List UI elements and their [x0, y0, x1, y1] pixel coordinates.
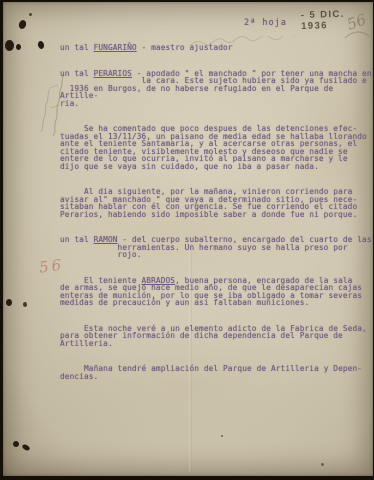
entry-text: Mañana tendré ampliación del Parque de A… — [60, 364, 362, 381]
punch-hole — [21, 443, 30, 451]
ink-blot — [29, 13, 32, 16]
entry-ramon: un tal RAMON - del cuerpo subalterno, en… — [60, 236, 374, 259]
entry-text: Esta noche veré a un elemento adicto de … — [60, 324, 367, 348]
paper-sheet: 2ª hoja - 5 DIC. 1936 56 56 un tal FUNGA… — [3, 2, 373, 476]
paper-speck — [321, 463, 324, 466]
sheet-number-label: 2ª hoja — [244, 18, 287, 28]
punch-hole — [13, 441, 19, 447]
paragraph-tonight: Esta noche veré a un elemento adicto de … — [60, 325, 374, 348]
entry-text: Se ha comentado que poco despues de las … — [60, 124, 367, 171]
entry-name: FUNGARIÑO — [94, 43, 137, 52]
entry-text: - maestro ajustador — [137, 43, 233, 52]
ink-blot — [18, 19, 28, 30]
punch-hole — [23, 302, 27, 307]
paragraph-next-day: Al dia siguiente, por la mañana, viniero… — [60, 188, 374, 218]
paragraph-comment: Se ha comentado que poco despues de las … — [60, 125, 374, 170]
typed-text-body: un tal FUNGARIÑO - maestro ajustador un … — [60, 29, 374, 398]
entry-prefix: un tal — [60, 43, 94, 52]
entry-fungarino: un tal FUNGARIÑO - maestro ajustador — [60, 44, 374, 52]
paper-speck — [221, 435, 223, 437]
paragraph-tomorrow: Mañana tendré ampliación del Parque de A… — [60, 365, 374, 380]
entry-abrados: El teniente ABRADOS, buena persona, enca… — [60, 277, 374, 307]
ink-blot — [16, 44, 21, 50]
entry-perarios: un tal PERARIOS - apodado " el manchado … — [60, 70, 374, 108]
punch-hole — [6, 299, 12, 306]
entry-text: Al dia siguiente, por la mañana, viniero… — [60, 187, 357, 219]
ink-blot — [5, 40, 14, 51]
scanned-document: 2ª hoja - 5 DIC. 1936 56 56 un tal FUNGA… — [0, 0, 374, 480]
